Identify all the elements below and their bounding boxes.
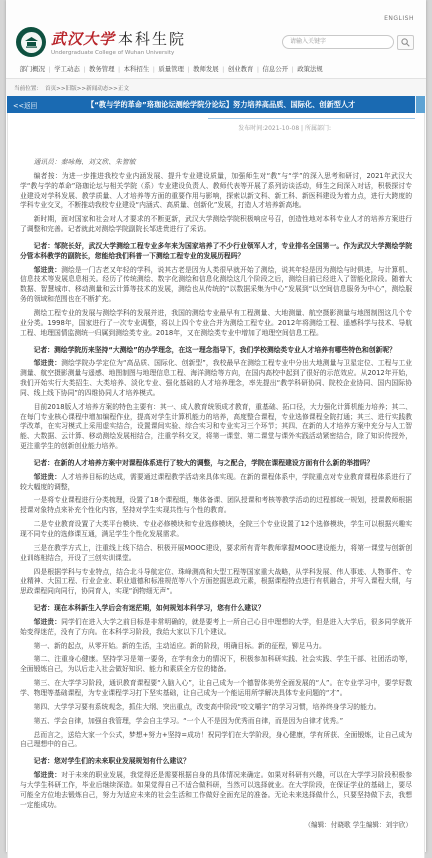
nav-item-3[interactable]: 教务管理 bbox=[85, 64, 118, 73]
breadcrumb-label: 当前位置： bbox=[14, 84, 42, 92]
nav-item-7[interactable]: 创业教育 bbox=[224, 64, 257, 73]
search-icon bbox=[401, 38, 410, 47]
article-paragraph: 第五、学会自律，加强自我管理，学会自主学习。“一个人不是因为优秀而自律，而是因为… bbox=[20, 717, 412, 727]
back-link[interactable]: <<返回 bbox=[13, 100, 37, 110]
answer-paragraph: 邹进贵：同学们在进入大学之前目标是非常明确的，就是要考上一所自己心目中理想的大学… bbox=[20, 618, 412, 638]
publish-meta: 发布时间:2021-10-08 | 所属部门: bbox=[17, 119, 415, 132]
article-paragraph: 一是将专业课程进行分类梳理，设置了18个课程组，集体备课、团队授课和考核等教学活… bbox=[20, 496, 412, 516]
nav-item-4[interactable]: 本科招生 bbox=[120, 64, 153, 73]
article-paragraph: 第三、在大学学习阶段，通识教育课程要“入脑入心”，让自己成为一个德智体美劳全面发… bbox=[20, 679, 412, 699]
page-title: 【“教与学的革命”珞珈论坛测绘学院分论坛】努力培养高品质、国际化、创新型人才 bbox=[37, 100, 419, 110]
answer-paragraph: 邹进贵：人才培养目标的达成，需要通过课程教学活动来具体实现。在新的课程体系中，学… bbox=[20, 473, 412, 493]
nav-item-1[interactable]: 部门概况 bbox=[16, 64, 49, 73]
title-bar-accent bbox=[415, 96, 425, 113]
search-input[interactable] bbox=[282, 35, 394, 49]
breadcrumb: 当前位置： 首页>>旧版>>新闻动态>>正文 bbox=[6, 78, 426, 96]
brand-college-name: 本科生院 bbox=[118, 28, 186, 49]
article-paragraph: 三是在教学方式上，注重线上线下结合、积极开展MOOC建设，要求所有青年教师掌握M… bbox=[20, 544, 412, 564]
article-paragraph: 四是根据学科与专业特点，结合北斗导航定位、珠峰测高和大型工程等国家重大战略，从学… bbox=[20, 568, 412, 598]
main-nav: 部门概况|学工动态|教务管理|本科招生|质量管理|教师发展|创业教育|信息公开|… bbox=[6, 62, 426, 78]
nav-item-8[interactable]: 信息公开 bbox=[259, 64, 292, 73]
question-paragraph: 记者：现在本科新生入学后会有迷茫期，如何规划本科学习，您有什么建议？ bbox=[20, 604, 412, 614]
question-paragraph: 记者：测绘学院历来坚持“大测绘”的办学理念，在这一理念指导下，我们学校测绘类专业… bbox=[20, 346, 412, 356]
brand-university-name: 武汉大学 bbox=[51, 28, 115, 49]
article-paragraph: 总而言之，送给大家一个公式，梦想+努力+坚持=成功！祝同学们在大学阶段，身心健康… bbox=[20, 731, 412, 751]
article-paragraph: 第一、新的起点，从零开始。新的生活，主动适应。新的阶段，明确目标。新的征程，铆足… bbox=[20, 642, 412, 652]
article-panel: 发布时间:2021-10-08 | 所属部门: 通讯员：秦咏梅、刘文欣、朱智敏编… bbox=[7, 113, 425, 858]
nav-item-9[interactable]: 政策法规 bbox=[294, 64, 327, 73]
article-paragraph: 第四、大学学习要有系统观念，抓住大纲、突出重点，改变高中阶段“咬文嚼字”的学习习… bbox=[20, 703, 412, 713]
search-box bbox=[282, 35, 414, 50]
article-title-bar: <<返回 【“教与学的革命”珞珈论坛测绘学院分论坛】努力培养高品质、国际化、创新… bbox=[7, 96, 425, 113]
answer-paragraph: 邹进贵：测绘是一门古老又年轻的学科，说其古老是因为人类很早就开始了测绘，说其年轻… bbox=[20, 266, 412, 305]
search-button[interactable] bbox=[397, 35, 414, 50]
question-paragraph: 记者：您对学生们的未来职业发展规划有什么建议？ bbox=[20, 757, 412, 767]
page-container: ENGLISH 武汉大学 本科生院 Undergraduate College … bbox=[6, 0, 426, 852]
breadcrumb-path[interactable]: 首页>>旧版>>新闻动态>>正文 bbox=[45, 84, 129, 92]
article-paragraph: 第二、注重身心健康。坚持学习是第一要务，在学有余力的情况下，积极参加科研实践、社… bbox=[20, 655, 412, 675]
nav-item-6[interactable]: 教师发展 bbox=[190, 64, 223, 73]
article-paragraph: 新时期，面对国家和社会对人才要求的不断更新，武汉大学测绘学院积极响应号召，创造性… bbox=[20, 215, 412, 235]
editor-note: （编辑：付晓歌 学生编辑：刘宇欣） bbox=[17, 819, 415, 829]
nav-item-2[interactable]: 学工动态 bbox=[51, 64, 84, 73]
english-link[interactable]: ENGLISH bbox=[384, 15, 414, 22]
article-paragraph: 二是专业教育设置了大类平台模块、专业必修模块和专业选修模块，全院三个专业设置了1… bbox=[20, 520, 412, 540]
brand-english-name: Undergraduate College of Wuhan Universit… bbox=[51, 50, 186, 56]
nav-item-5[interactable]: 质量管理 bbox=[155, 64, 188, 73]
seal-building-glyph bbox=[25, 37, 38, 48]
correspondent-line: 通讯员：秦咏梅、刘文欣、朱智敏 bbox=[20, 158, 412, 168]
question-paragraph: 记者：在新的人才培养方案中对课程体系进行了较大的调整，与之配合，学院在课程建设方… bbox=[20, 459, 412, 469]
article-paragraph: 目前2018版人才培养方案的特色主要有：其一、成人教育统领成才教育，重基础、拓口… bbox=[20, 403, 412, 452]
article-body: 通讯员：秦咏梅、刘文欣、朱智敏编者按：为进一步推进我校专业内涵发展、提升专业建设… bbox=[17, 158, 415, 810]
top-utility-bar: ENGLISH bbox=[6, 0, 426, 24]
answer-paragraph: 邹进贵：对于未来的职业发展，我觉得还是需要根据自身的具体情况来确定。如果对科研有… bbox=[20, 771, 412, 810]
site-header: 武汉大学 本科生院 Undergraduate College of Wuhan… bbox=[6, 24, 426, 62]
article-paragraph: 测绘工程专业的发展与测绘学科的发展并进，我国的测绘专业最早有工程测量、大地测量、… bbox=[20, 309, 412, 339]
university-seal-icon bbox=[16, 27, 46, 57]
question-paragraph: 记者：邹院长好，武汉大学测绘工程专业多年来为国家培养了不少行业领军人才，专业排名… bbox=[20, 242, 412, 262]
answer-paragraph: 邹进贵：测绘学院办学定位为“高品质、国际化、创新型”，我校最早在测绘工程专业中分… bbox=[20, 359, 412, 398]
university-logo[interactable]: 武汉大学 本科生院 Undergraduate College of Wuhan… bbox=[16, 27, 186, 57]
brand-text-block: 武汉大学 本科生院 Undergraduate College of Wuhan… bbox=[51, 28, 186, 56]
article-paragraph: 编者按：为进一步推进我校专业内涵发展、提升专业建设质量，加强师生对“教”与“学”… bbox=[20, 172, 412, 211]
